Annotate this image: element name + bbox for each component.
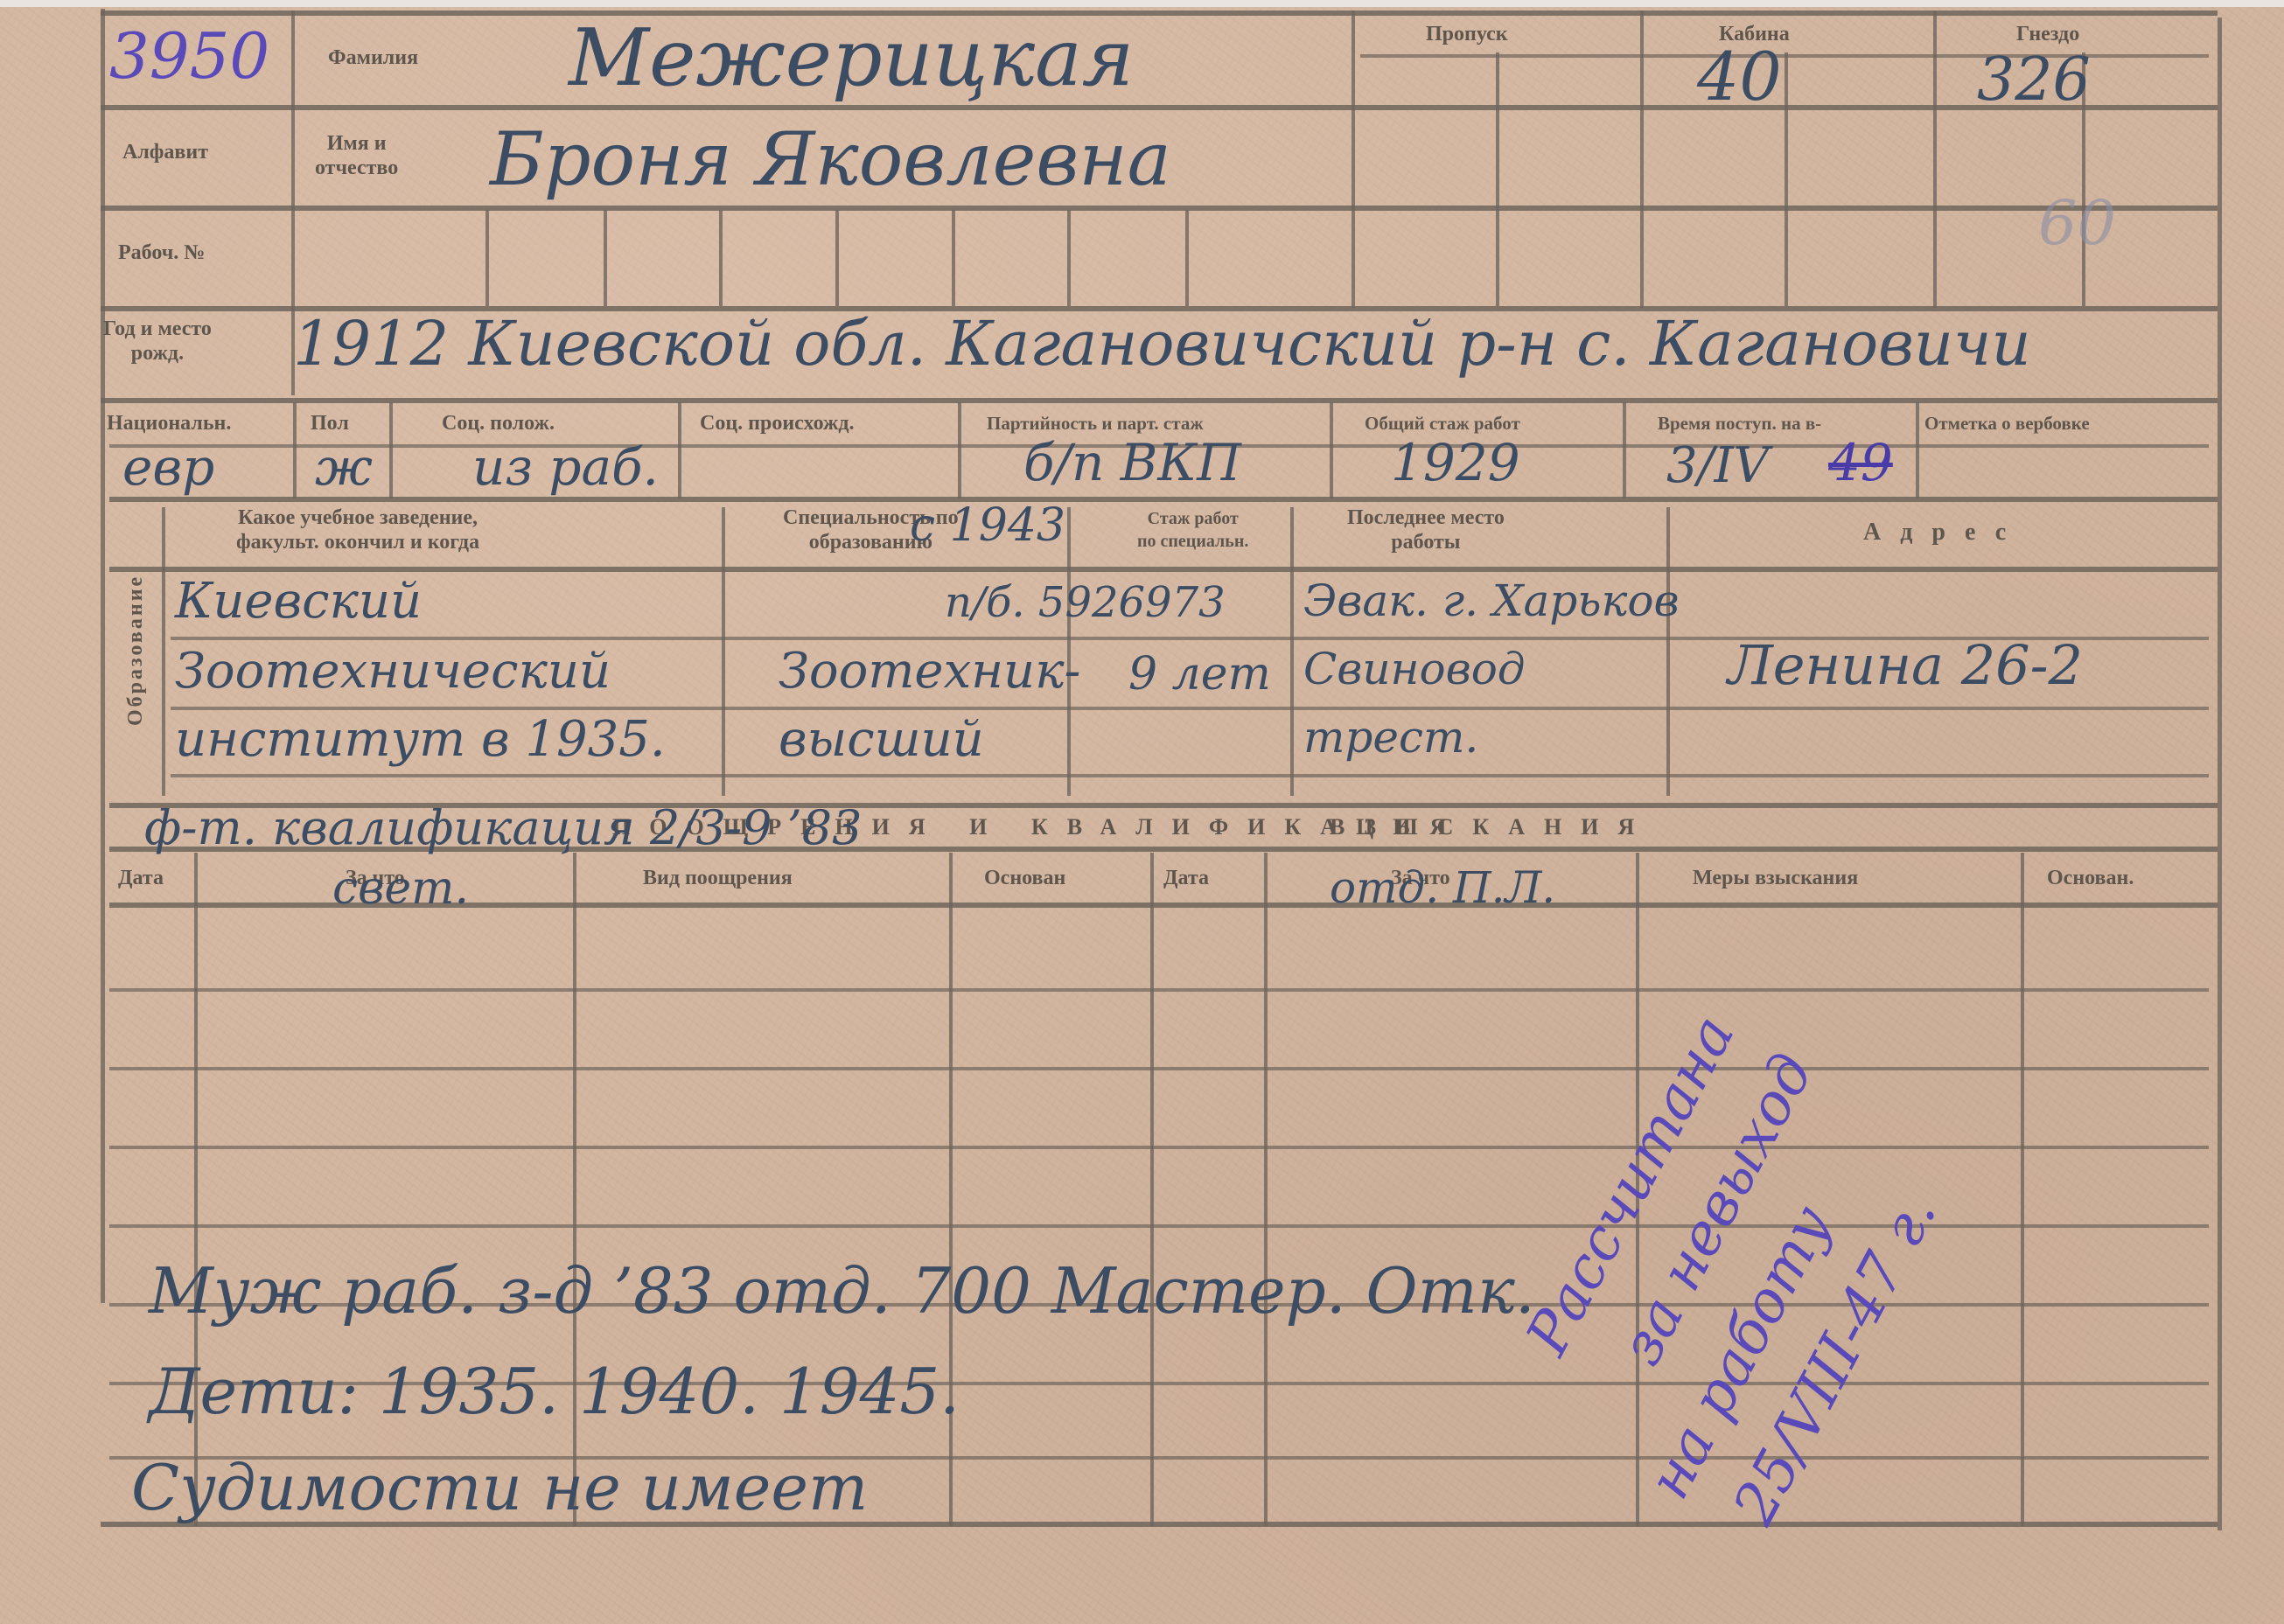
entry-address: Ленина 26-2	[1728, 638, 2083, 693]
entry-cabin: 40	[1697, 44, 1782, 110]
entry-last-job-line-3: трест.	[1303, 715, 1478, 759]
label-penalty-measures: Меры взыскания	[1693, 866, 1858, 890]
label-address: Адрес	[1863, 520, 2025, 545]
entry-reward-note: свет.	[332, 866, 469, 911]
write-line	[109, 988, 2209, 992]
entry-entry-time: 3/IV	[1666, 442, 1769, 491]
label-nationality: Национальн.	[107, 411, 231, 436]
label-reward-date: Дата	[118, 866, 164, 890]
divider	[1185, 210, 1189, 306]
divider	[1067, 210, 1071, 306]
entry-party: б/п ВКП	[1023, 437, 1241, 488]
divider	[1623, 402, 1626, 498]
frame-left-line	[101, 9, 105, 1303]
label-slot: Гнездо	[2016, 22, 2079, 46]
row-line	[109, 497, 2218, 502]
label-reward-kind: Вид поощрения	[643, 866, 793, 890]
entry-specialty-line-2: высший	[779, 715, 984, 764]
entry-party-year: с 1943	[910, 503, 1065, 548]
label-social-status: Соц. полож.	[442, 411, 555, 436]
entry-entry-year: 49	[1828, 437, 1893, 488]
entry-birth: 1912 Киевской обл. Кагановичский р-н с. …	[293, 313, 2031, 374]
entry-social-status: из раб.	[472, 442, 659, 492]
divider	[958, 402, 961, 498]
divider	[389, 402, 393, 498]
divider	[722, 507, 725, 796]
entry-party-card: п/б. 5926973	[945, 582, 1226, 624]
divider	[1916, 402, 1919, 498]
entry-school-line-2: Зоотехнический	[175, 647, 611, 696]
entry-note-children: Дети: 1935. 1940. 1945.	[149, 1360, 960, 1423]
write-line	[171, 774, 2209, 777]
entry-school-line-1: Киевский	[175, 577, 422, 626]
divider	[1785, 52, 1788, 306]
divider	[604, 210, 607, 306]
entry-note-no-convictions: Судимости не имеет	[131, 1456, 868, 1519]
entry-nationality: евр	[122, 442, 214, 492]
label-sex: Пол	[311, 411, 349, 436]
label-alphabet: Алфавит	[122, 140, 208, 164]
divider	[1666, 507, 1670, 796]
divider	[1496, 52, 1499, 306]
row-line	[101, 206, 2218, 211]
scan-edge	[0, 0, 2284, 7]
personnel-card: Фамилия Алфавит Имя и отчество Рабоч. № …	[0, 0, 2284, 1624]
divider	[952, 210, 955, 306]
label-pass: Пропуск	[1426, 22, 1508, 46]
row-line	[109, 567, 2218, 572]
dismissal-note: Рассчитана за невыход на работу 25/VIII-…	[1505, 997, 1990, 1493]
divider	[678, 402, 681, 498]
label-education-side: Образование	[124, 575, 148, 726]
entry-first-patronymic: Броня Яковлевна	[490, 122, 1171, 196]
divider	[1150, 853, 1154, 1526]
divider	[485, 210, 489, 306]
label-first-patronymic: Имя и отчество	[315, 131, 398, 180]
divider	[1330, 402, 1333, 498]
divider	[835, 210, 839, 306]
divider	[1352, 10, 1355, 308]
write-line	[109, 1067, 2209, 1070]
label-reward-basis: Основан	[984, 866, 1065, 890]
write-line	[171, 707, 2209, 710]
divider	[1290, 507, 1294, 796]
label-work-no: Рабоч. №	[118, 240, 205, 265]
label-spec-experience: Стаж работ по специальн.	[1137, 507, 1248, 553]
label-school: Какое учебное заведение, факульт. окончи…	[236, 505, 479, 554]
record-number: 3950	[109, 24, 269, 87]
entry-school-line-3: институт в 1935.	[175, 715, 666, 764]
divider	[719, 210, 723, 306]
entry-sex: ж	[315, 442, 373, 492]
label-last-job: Последнее место работы	[1347, 505, 1505, 554]
entry-slot: 326	[1977, 51, 2091, 110]
label-birth: Год и место рожд.	[103, 317, 212, 366]
entry-specialty-line-1: Зоотехник-	[779, 647, 1080, 696]
entry-rewards-line: ф-т. квалификация 2/3-9 ’83	[144, 805, 863, 852]
label-surname: Фамилия	[328, 45, 418, 70]
label-recruit-mark: Отметка о вербовке	[1924, 411, 2090, 436]
label-social-origin: Соц. происхожд.	[700, 411, 855, 436]
row-line	[101, 398, 2218, 403]
row-line	[101, 105, 2218, 110]
label-total-experience: Общий стаж работ	[1365, 411, 1520, 436]
divider	[2021, 853, 2024, 1526]
divider	[162, 507, 165, 796]
divider	[293, 402, 297, 498]
label-entry-time: Время поступ. на в-	[1658, 411, 1821, 436]
entry-penalty-note: отд. П.Л.	[1330, 866, 1555, 910]
entry-total-experience: 1929	[1391, 437, 1520, 488]
entry-last-job-line-2: Свиновод	[1303, 647, 1526, 691]
label-penalties-section: ВЗЫСКАНИЯ	[1330, 815, 1653, 840]
entry-spec-experience: 9 лет	[1128, 652, 1271, 697]
entry-note-husband: Муж раб. з-д ’83 отд. 700 Мастер. Отк.	[149, 1259, 1535, 1322]
frame-right-line	[2218, 17, 2222, 1530]
label-party: Партийность и парт. стаж	[987, 411, 1204, 436]
entry-surname: Межерицкая	[569, 19, 1134, 98]
label-penalty-basis: Основан.	[2047, 866, 2134, 890]
label-penalty-date: Дата	[1163, 866, 1209, 890]
divider	[1264, 853, 1268, 1526]
entry-last-job-line-1: Эвак. г. Харьков	[1303, 579, 1680, 623]
entry-faint-pencil-mark: 60	[2038, 192, 2116, 254]
frame-top-line	[101, 10, 2218, 16]
